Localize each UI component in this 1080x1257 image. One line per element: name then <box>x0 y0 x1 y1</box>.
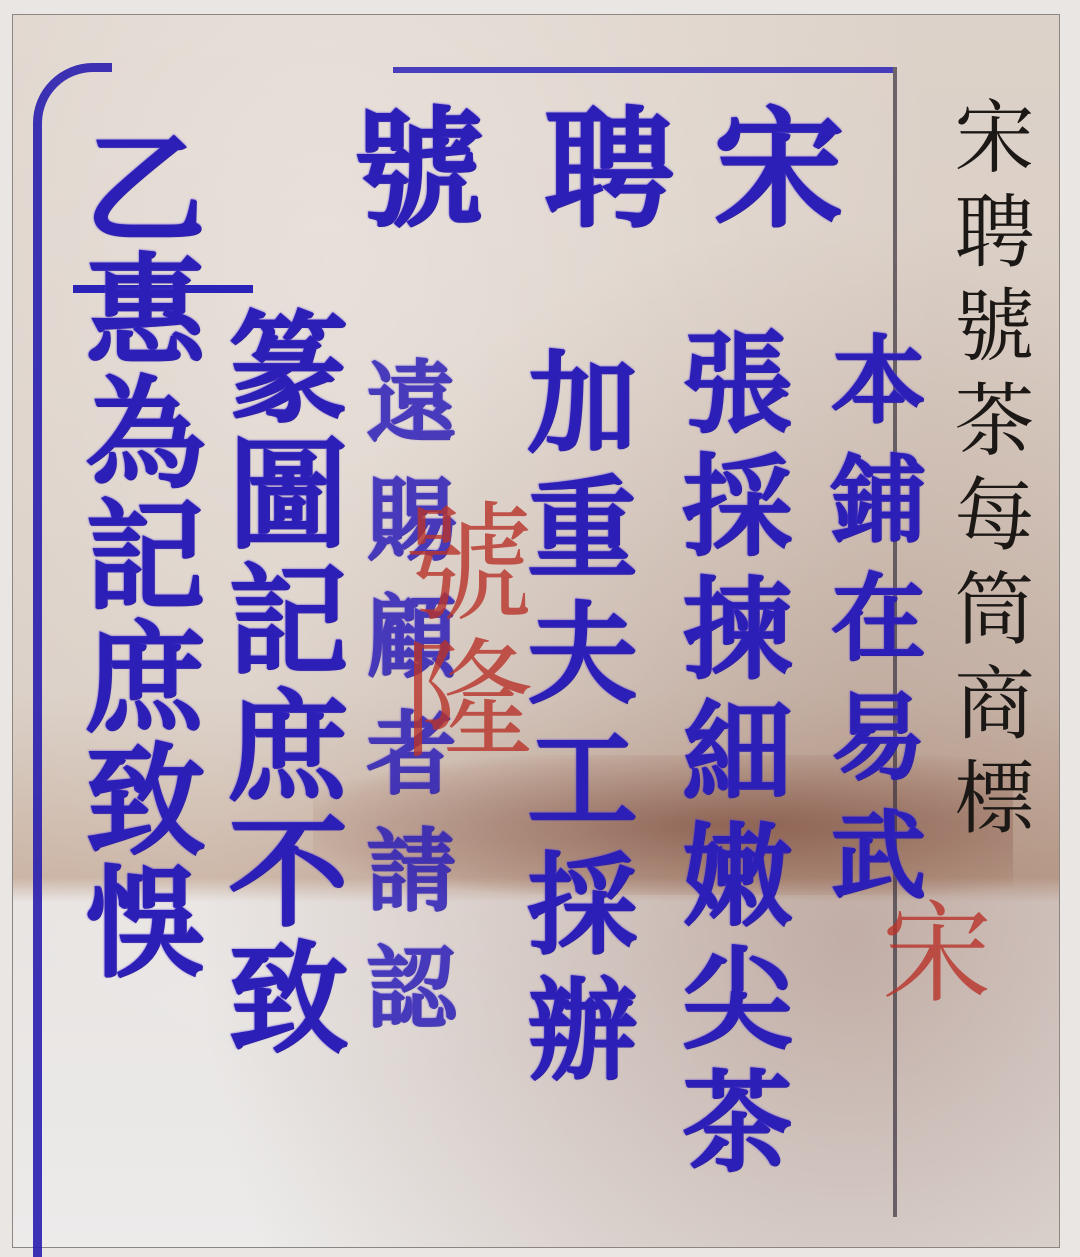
red-seal-right: 宋 <box>873 895 983 1011</box>
red-seal-center: 號隆 <box>393 495 523 768</box>
stamp-top-rule <box>393 67 893 73</box>
body-column-3: 加重夫工採辦 <box>518 345 628 1097</box>
body-column-5: 篆圖記庶不致 <box>218 305 338 1061</box>
title-char-1: 宋 <box>703 100 833 237</box>
body-column-2: 張採揀細嫩尖茶 <box>673 325 783 1187</box>
title-char-3: 號 <box>343 100 473 237</box>
document-photo: 宋聘號茶每筒商標 宋 聘 號 本鋪在易武 張採揀細嫩尖茶 加重夫工採辦 遠賜顧者… <box>12 14 1060 1248</box>
body-column-6: 乙惠為記庶致悞 <box>75 125 195 982</box>
title-char-2: 聘 <box>533 100 663 237</box>
body-column-1: 本鋪在易武 <box>823 330 918 924</box>
printed-caption: 宋聘號茶每筒商標 <box>947 95 1027 850</box>
